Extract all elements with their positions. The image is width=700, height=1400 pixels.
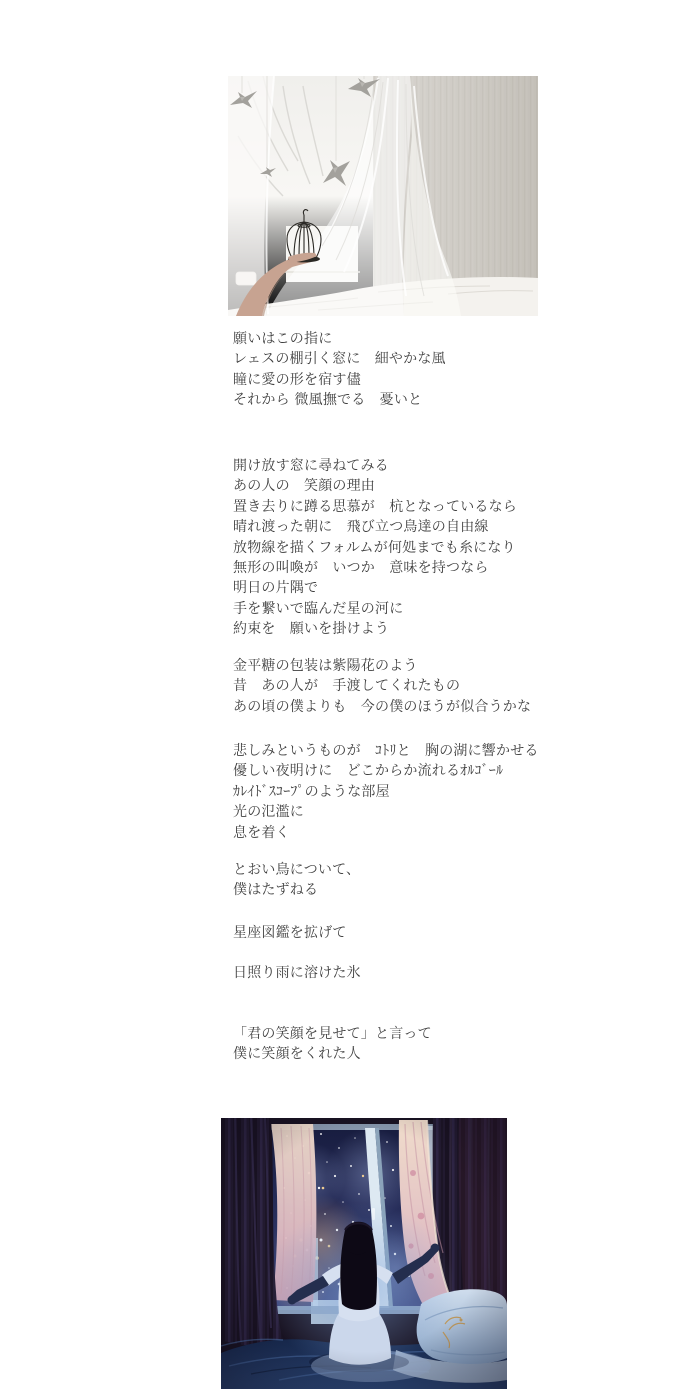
poem-line: 晴れ渡った朝に 飛び立つ鳥達の自由線 — [233, 517, 517, 537]
poem-line: 僕はたずねる — [233, 880, 360, 900]
poem-stanza-7: 日照り雨に溶けた氷 — [233, 963, 361, 983]
poem-line: 息を着く — [233, 823, 539, 843]
poem-line: 約束を 願いを掛けよう — [233, 619, 517, 639]
poem-line: あの人の 笑顔の理由 — [233, 476, 517, 496]
poem-line: ｶﾚｲﾄﾞｽｺｰﾌﾟのような部屋 — [233, 782, 539, 802]
poem-line: それから 微風撫でる 憂いと — [233, 390, 446, 410]
poem-line: 手を繋いで臨んだ星の河に — [233, 599, 517, 619]
poem-line: 金平糖の包装は紫陽花のよう — [233, 656, 531, 676]
poem-line: とおい鳥について、 — [233, 860, 360, 880]
poem-stanza-6: 星座図鑑を拡げて — [233, 923, 347, 943]
poem-line: 瞳に愛の形を宿す儘 — [233, 370, 446, 390]
poem-line: 無形の叫喚が いつか 意味を持つなら — [233, 558, 517, 578]
poem-line: 昔 あの人が 手渡してくれたもの — [233, 676, 531, 696]
poem-stanza-2: 開け放す窓に尋ねてみる あの人の 笑顔の理由 置き去りに蹲る思慕が 杭となってい… — [233, 456, 517, 640]
poem-stanza-5: とおい鳥について、 僕はたずねる — [233, 860, 360, 901]
poem-stanza-4: 悲しみというものが ｺﾄﾘと 胸の湖に響かせる 優しい夜明けに どこからか流れる… — [233, 741, 539, 843]
photo-birdcage-art — [228, 76, 538, 316]
poem-line: 光の氾濫に — [233, 802, 539, 822]
poem-line: 星座図鑑を拡げて — [233, 923, 347, 943]
poem-line: 日照り雨に溶けた氷 — [233, 963, 361, 983]
poem-line: 悲しみというものが ｺﾄﾘと 胸の湖に響かせる — [233, 741, 539, 761]
poem-line: 優しい夜明けに どこからか流れるｵﾙｺﾞｰﾙ — [233, 761, 539, 781]
poem-line: レェスの棚引く窓に 細やかな風 — [233, 349, 446, 369]
poem-stanza-3: 金平糖の包装は紫陽花のよう 昔 あの人が 手渡してくれたもの あの頃の僕よりも … — [233, 656, 531, 717]
poem-line: 放物線を描くフォルムが何処までも糸になり — [233, 538, 517, 558]
page: { "page": { "background": "#ffffff", "te… — [0, 0, 700, 1400]
poem-line: 僕に笑顔をくれた人 — [233, 1044, 432, 1064]
poem-stanza-1: 願いはこの指に レェスの棚引く窓に 細やかな風 瞳に愛の形を宿す儘 それから 微… — [233, 329, 446, 411]
vignette — [221, 1118, 507, 1389]
poem-stanza-8: 「君の笑顔を見せて」と言って 僕に笑顔をくれた人 — [233, 1024, 432, 1065]
poem-line: 明日の片隅で — [233, 578, 517, 598]
poem-line: 願いはこの指に — [233, 329, 446, 349]
poem-line: 開け放す窓に尋ねてみる — [233, 456, 517, 476]
poem-line: あの頃の僕よりも 今の僕のほうが似合うかな — [233, 697, 531, 717]
photo-birdcage — [228, 76, 538, 316]
photo-starry-window-art — [221, 1118, 507, 1389]
photo-starry-window — [221, 1118, 507, 1389]
poem-line: 「君の笑顔を見せて」と言って — [233, 1024, 432, 1044]
poem-line: 置き去りに蹲る思慕が 杭となっているなら — [233, 497, 517, 517]
